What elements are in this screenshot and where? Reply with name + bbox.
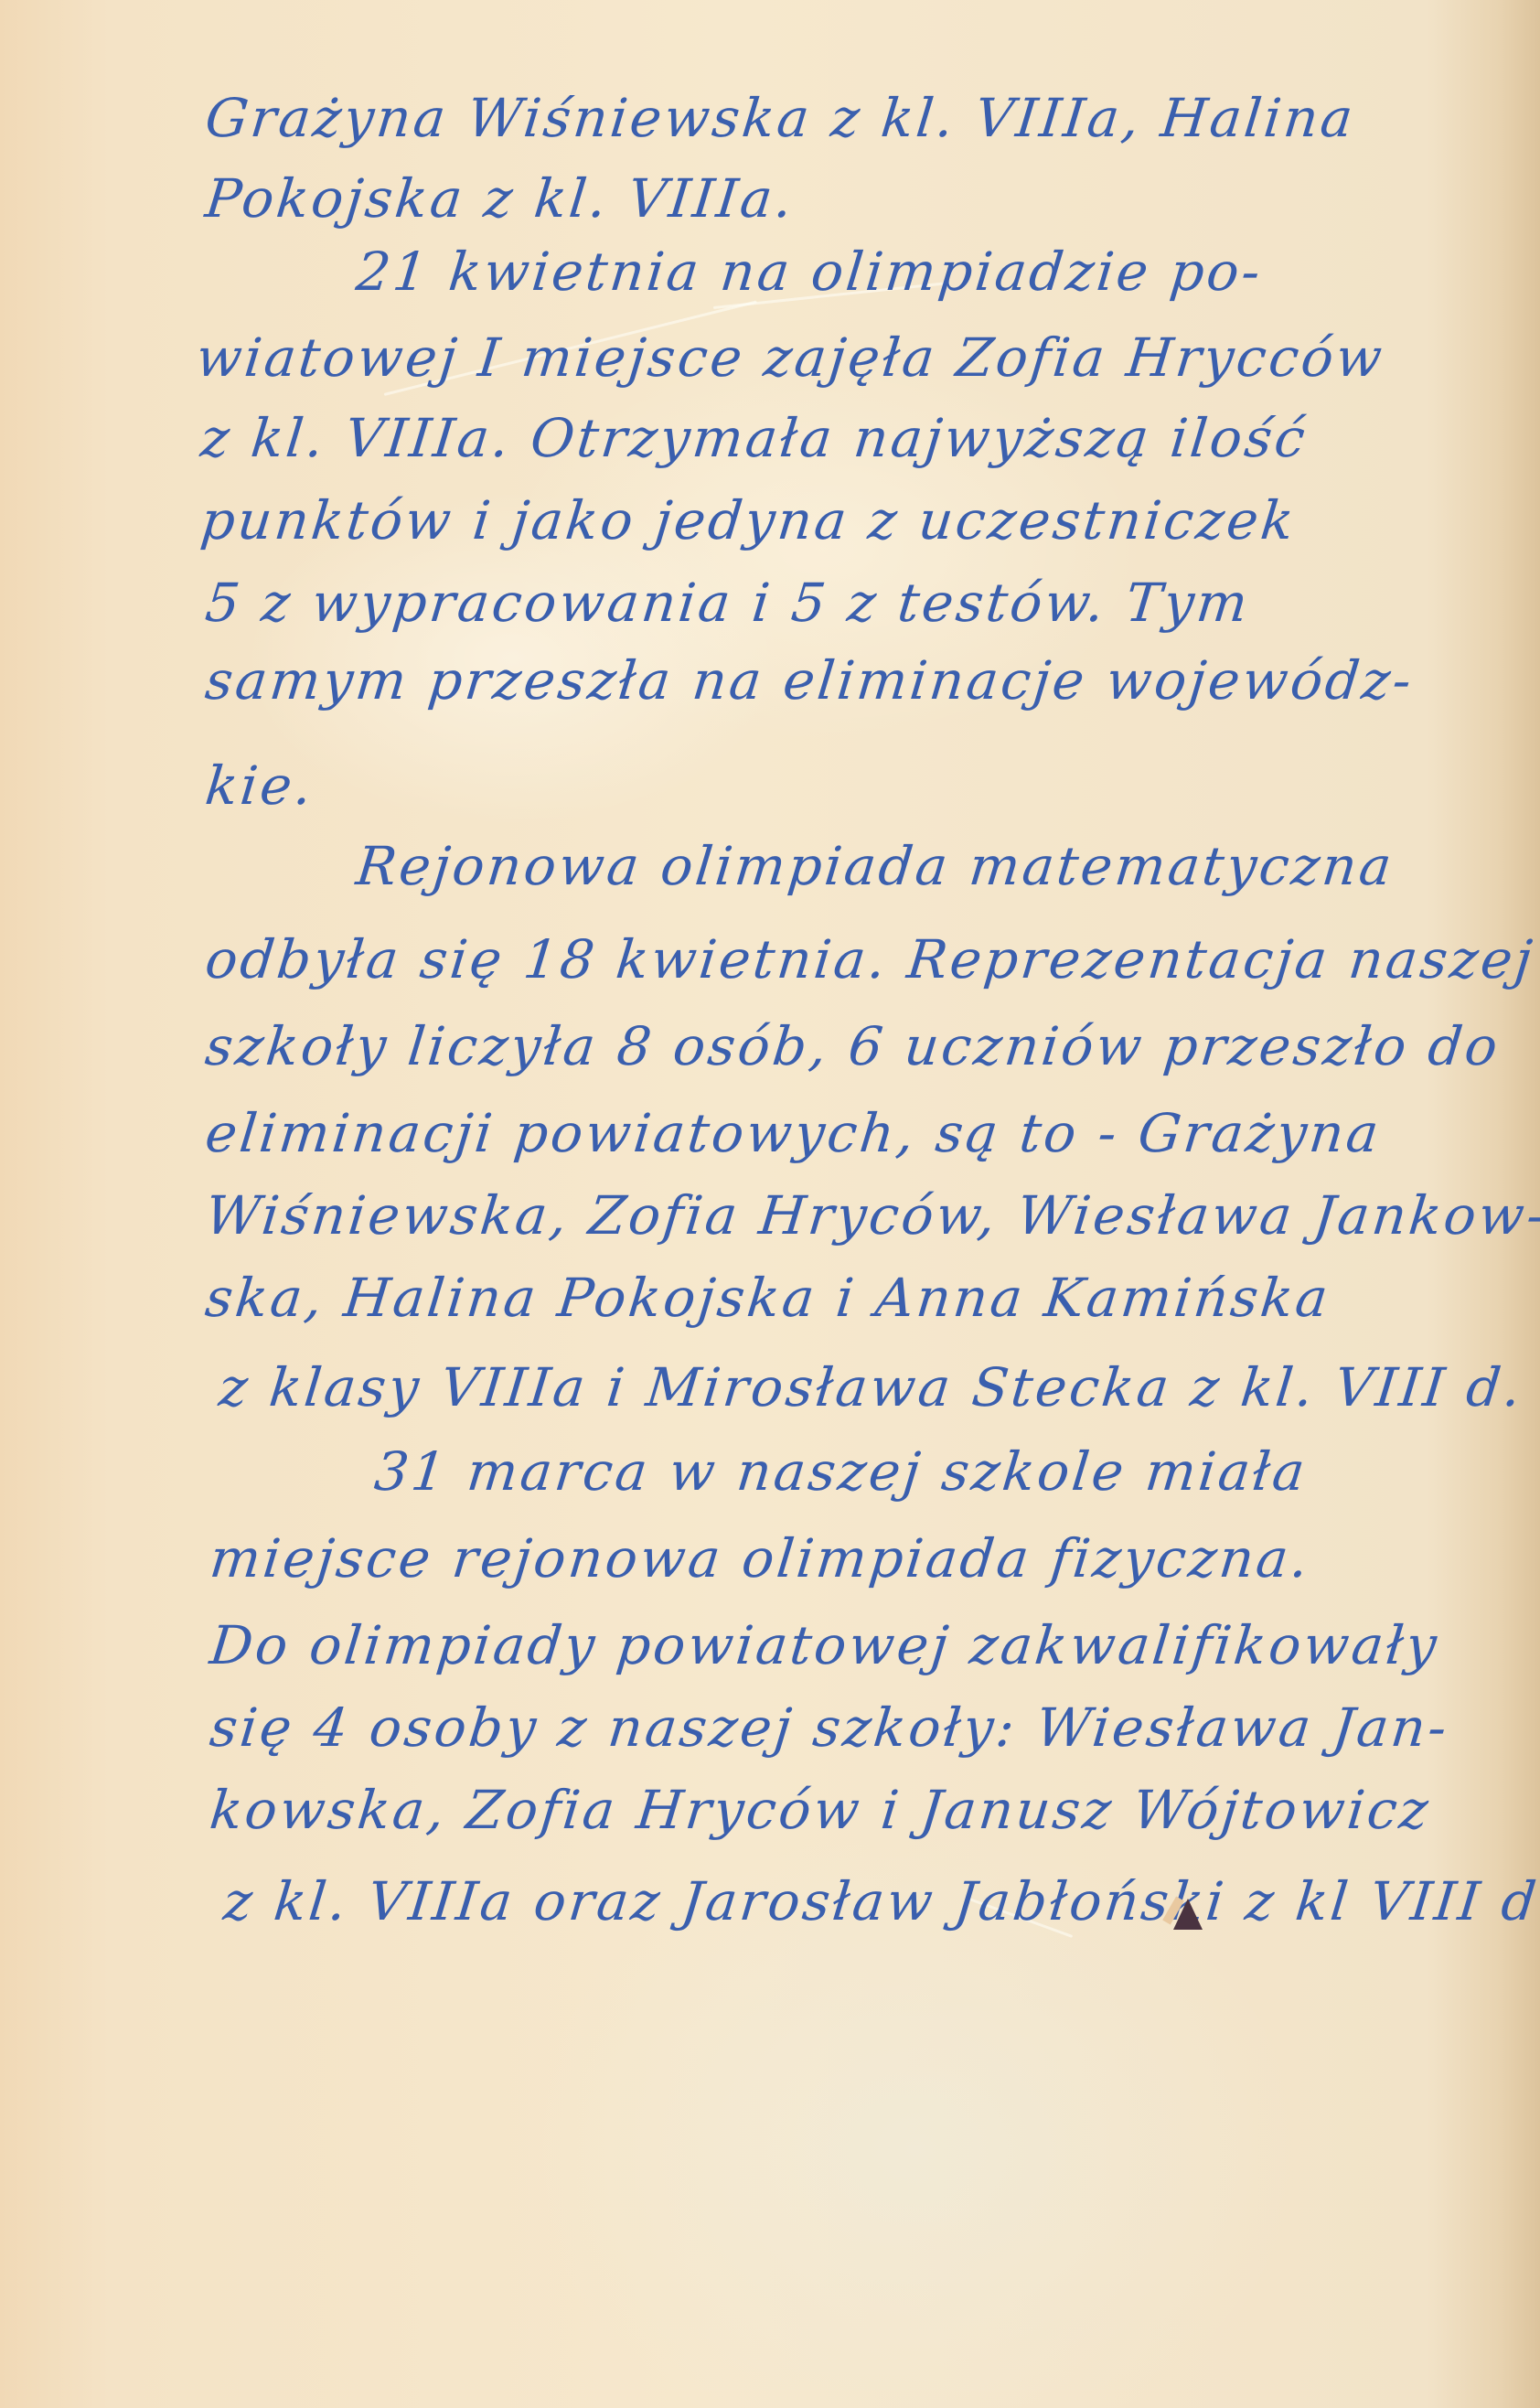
text-line-13: eliminacji powiatowych, są to - Grażyna	[203, 1107, 1384, 1160]
text-line-1: Grażyna Wiśniewska z kl. VIIIa, Halina	[203, 91, 1358, 144]
text-line-7: 5 z wypracowania i 5 z testów. Tym	[203, 576, 1253, 629]
text-line-5: z kl. VIIIa. Otrzymała najwyższą ilość	[198, 412, 1310, 465]
text-line-8: samym przeszła na eliminacje wojewódz-	[203, 654, 1417, 707]
document-page: Grażyna Wiśniewska z kl. VIIIa, Halina P…	[0, 0, 1540, 2408]
text-line-18: miejsce rejonowa olimpiada fizyczna.	[208, 1532, 1313, 1585]
text-line-20: się 4 osoby z naszej szkoły: Wiesława Ja…	[208, 1701, 1451, 1754]
text-line-6: punktów i jako jedyna z uczestniczek	[198, 494, 1299, 547]
text-line-19: Do olimpiady powiatowej zakwalifikowały	[208, 1619, 1441, 1672]
text-line-15: ska, Halina Pokojska i Anna Kamińska	[203, 1271, 1333, 1324]
text-line-3: 21 kwietnia na olimpiadzie po-	[354, 245, 1266, 298]
text-line-2: Pokojska z kl. VIIIa.	[203, 172, 797, 225]
paper-tear	[1173, 1899, 1203, 1930]
text-line-21: kowska, Zofia Hryców i Janusz Wójtowicz	[208, 1783, 1433, 1836]
text-line-16: z klasy VIIIa i Mirosława Stecka z kl. V…	[217, 1361, 1526, 1414]
text-line-14: Wiśniewska, Zofia Hryców, Wiesława Janko…	[203, 1189, 1540, 1242]
text-line-4: wiatowej I miejsce zajęła Zofia Hrycców	[194, 331, 1387, 384]
text-line-17: 31 marca w naszej szkole miała	[372, 1445, 1310, 1498]
text-line-10: Rejonowa olimpiada matematyczna	[354, 840, 1396, 893]
text-line-22: z kl. VIIIa oraz Jarosław Jabłoński z kl…	[221, 1875, 1540, 1928]
text-line-12: szkoły liczyła 8 osób, 6 uczniów przeszł…	[203, 1020, 1503, 1073]
text-line-9: kie.	[203, 759, 317, 812]
text-line-11: odbyła się 18 kwietnia. Reprezentacja na…	[203, 933, 1537, 986]
